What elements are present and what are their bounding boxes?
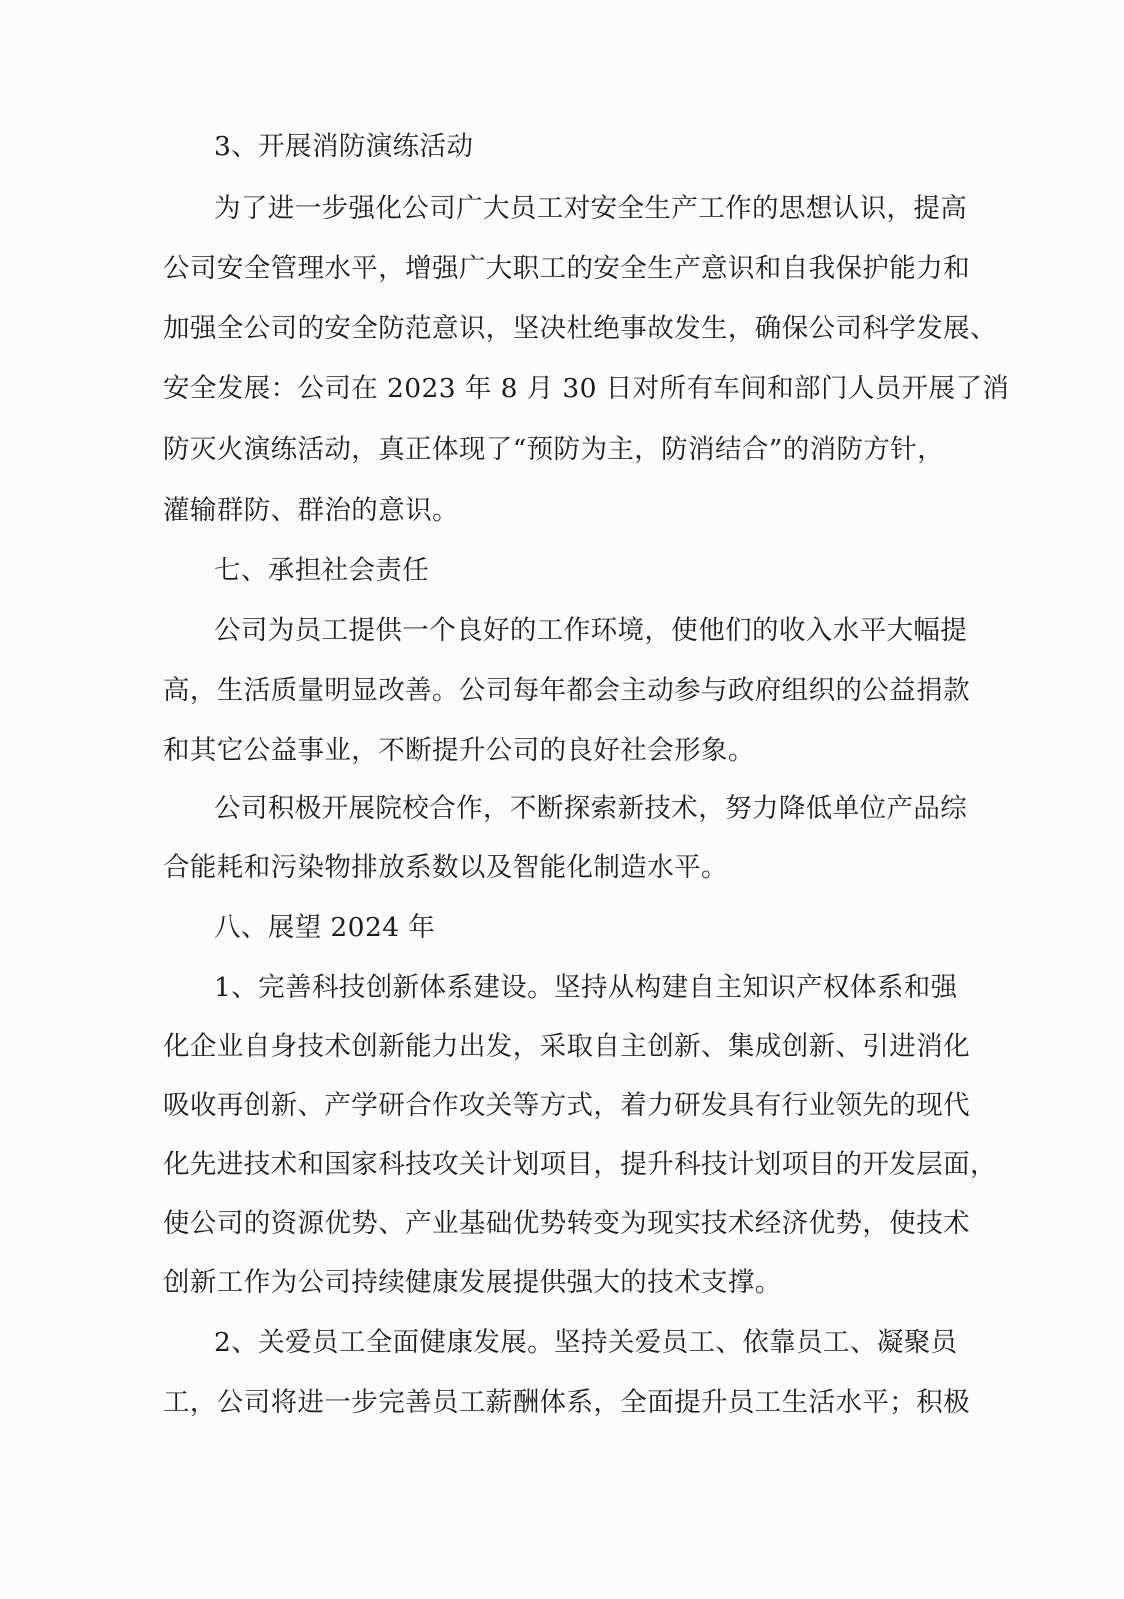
section-heading-fire-drill: 3、开展消防演练活动 [214,131,1014,163]
paragraph-line: 公司安全管理水平，增强广大职工的安全生产意识和自我保护能力和 [163,253,963,285]
paragraph-line: 工，公司将进一步完善员工薪酬体系，全面提升员工生活水平；积极 [163,1387,963,1419]
paragraph-line: 创新工作为公司持续健康发展提供强大的技术支撑。 [163,1267,963,1299]
paragraph-line: 公司为员工提供一个良好的工作环境，使他们的收入水平大幅提 [214,615,1014,647]
document-page: 3、开展消防演练活动 为了进一步强化公司广大员工对安全生产工作的思想认识，提高 … [0,0,1124,1599]
paragraph-line: 使公司的资源优势、产业基础优势转变为现实技术经济优势，使技术 [163,1208,963,1240]
paragraph-line: 加强全公司的安全防范意识，坚决杜绝事故发生，确保公司科学发展、 [163,313,963,345]
section-heading-outlook-2024: 八、展望 2024 年 [214,912,1014,944]
paragraph-line: 灌输群防、群治的意识。 [163,495,963,527]
paragraph-line: 防灭火演练活动，真正体现了“预防为主，防消结合”的消防方针， [163,434,963,466]
paragraph-line: 化先进技术和国家科技攻关计划项目，提升科技计划项目的开发层面， [163,1149,963,1181]
paragraph-line: 和其它公益事业，不断提升公司的良好社会形象。 [163,735,963,767]
paragraph-line: 安全发展：公司在 2023 年 8 月 30 日对所有车间和部门人员开展了消 [163,373,963,405]
section-heading-social-responsibility: 七、承担社会责任 [214,555,1014,587]
paragraph-line: 高，生活质量明显改善。公司每年都会主动参与政府组织的公益捐款 [163,675,963,707]
paragraph-line: 公司积极开展院校合作，不断探索新技术，努力降低单位产品综 [214,793,1014,825]
paragraph-line: 化企业自身技术创新能力出发，采取自主创新、集成创新、引进消化 [163,1031,963,1063]
paragraph-line: 1、完善科技创新体系建设。坚持从构建自主知识产权体系和强 [214,972,1014,1004]
paragraph-line: 合能耗和污染物排放系数以及智能化制造水平。 [163,852,963,884]
paragraph-line: 吸收再创新、产学研合作攻关等方式，着力研发具有行业领先的现代 [163,1090,963,1122]
paragraph-line: 2、关爱员工全面健康发展。坚持关爱员工、依靠员工、凝聚员 [214,1327,1014,1359]
paragraph-line: 为了进一步强化公司广大员工对安全生产工作的思想认识，提高 [214,193,1014,225]
